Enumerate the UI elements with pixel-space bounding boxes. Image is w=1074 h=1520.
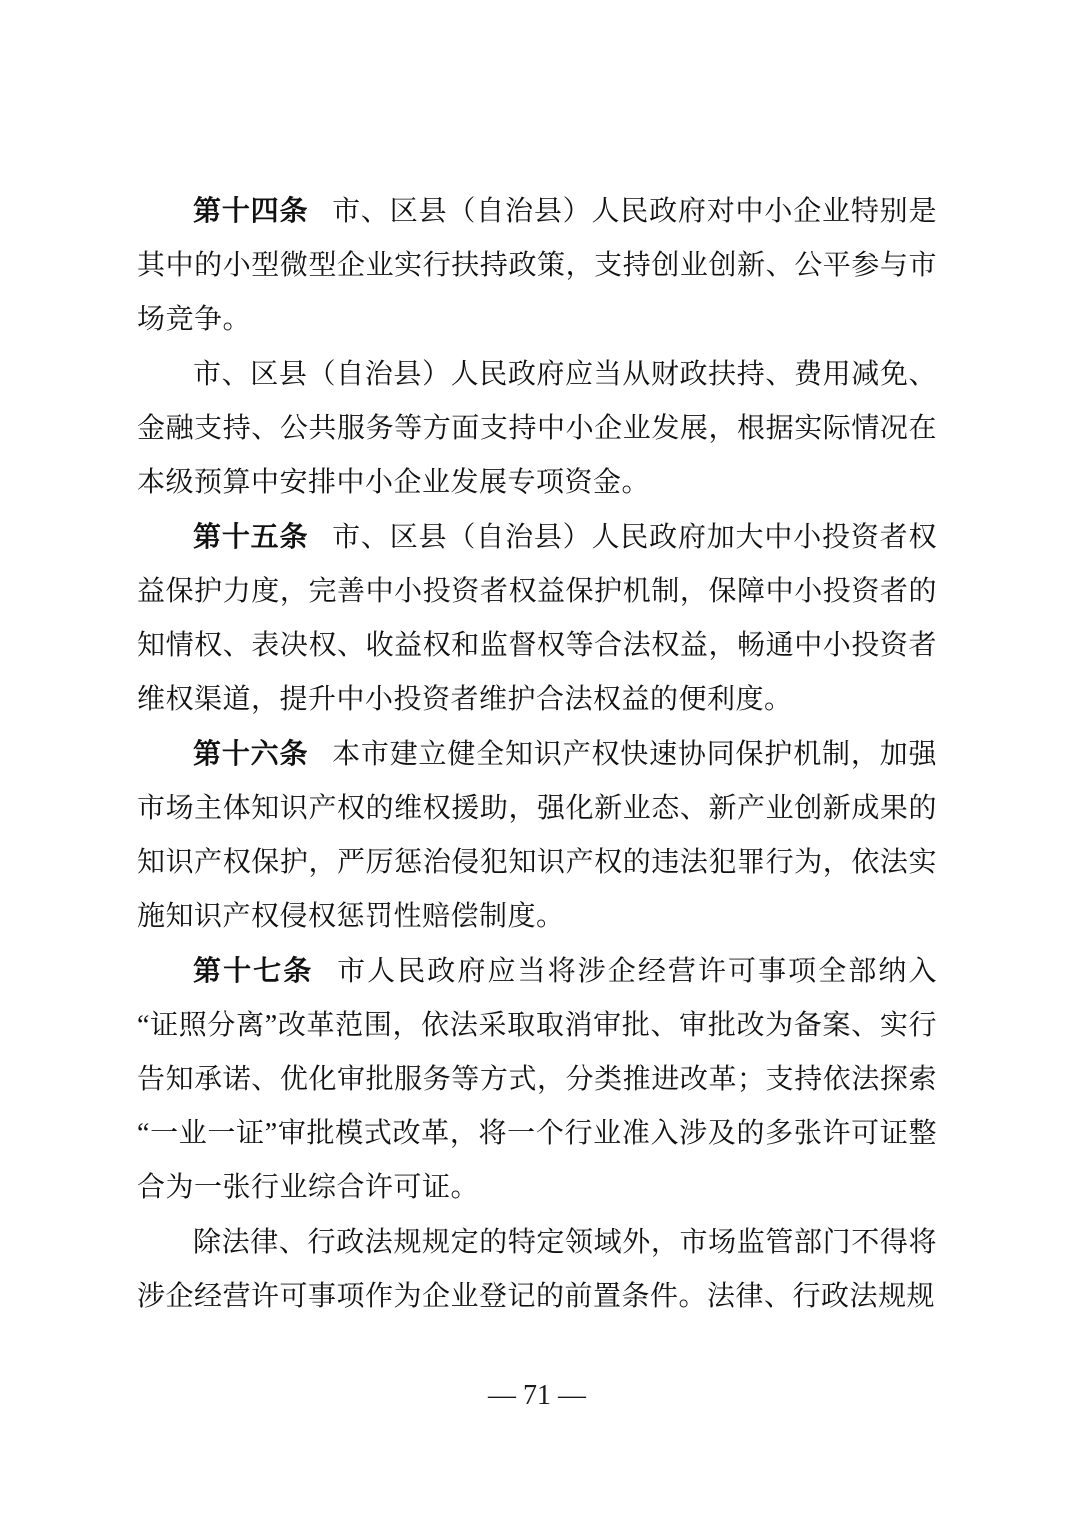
document-page: 第十四条市、区县（自治县）人民政府对中小企业特别是其中的小型微型企业实行扶持政策… xyxy=(0,0,1074,1520)
article-paragraph: 第十四条市、区县（自治县）人民政府对中小企业特别是其中的小型微型企业实行扶持政策… xyxy=(137,184,937,347)
article-paragraph: 第十六条本市建立健全知识产权快速协同保护机制，加强市场主体知识产权的维权援助，强… xyxy=(137,727,937,944)
article-text: 市、区县（自治县）人民政府应当从财政扶持、费用减免、金融支持、公共服务等方面支持… xyxy=(137,359,937,498)
article-text: 市人民政府应当将涉企经营许可事项全部纳入“证照分离”改革范围，依法采取取消审批、… xyxy=(137,956,937,1203)
article-label: 第十四条 xyxy=(193,195,308,226)
article-label: 第十六条 xyxy=(193,738,308,769)
article-text: 除法律、行政法规规定的特定领域外，市场监管部门不得将涉企经营许可事项作为企业登记… xyxy=(137,1227,937,1312)
article-paragraph: 市、区县（自治县）人民政府应当从财政扶持、费用减免、金融支持、公共服务等方面支持… xyxy=(137,347,937,510)
article-label: 第十五条 xyxy=(193,521,308,552)
document-body: 第十四条市、区县（自治县）人民政府对中小企业特别是其中的小型微型企业实行扶持政策… xyxy=(137,184,937,1324)
article-label: 第十七条 xyxy=(193,955,313,986)
article-paragraph: 第十五条市、区县（自治县）人民政府加大中小投资者权益保护力度，完善中小投资者权益… xyxy=(137,510,937,727)
article-paragraph: 除法律、行政法规规定的特定领域外，市场监管部门不得将涉企经营许可事项作为企业登记… xyxy=(137,1215,937,1324)
page-number: — 71 — xyxy=(0,1378,1074,1414)
article-paragraph: 第十七条市人民政府应当将涉企经营许可事项全部纳入“证照分离”改革范围，依法采取取… xyxy=(137,944,937,1215)
